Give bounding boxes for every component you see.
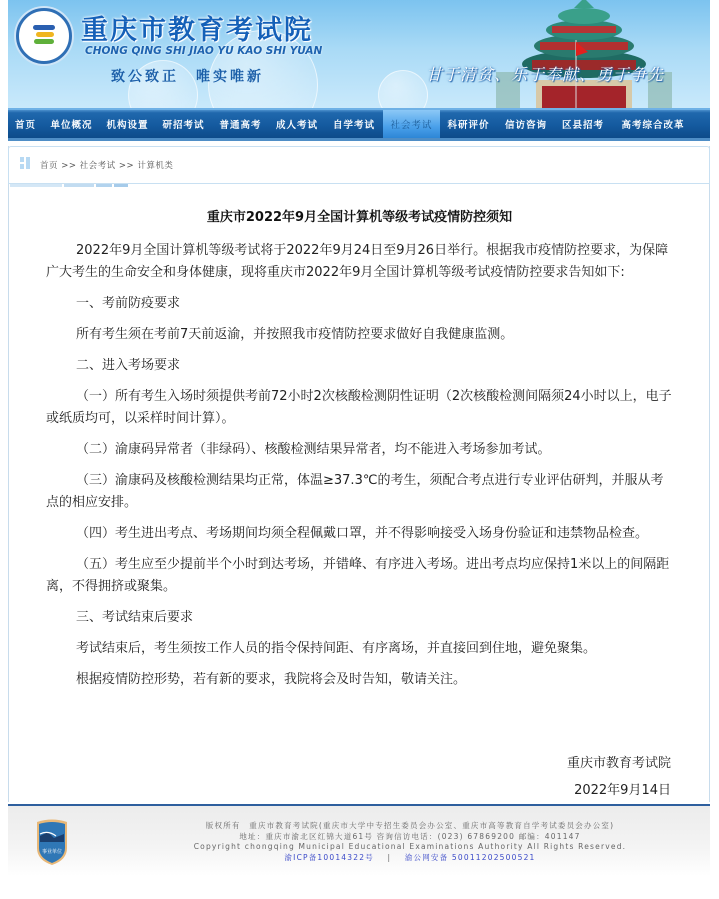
article-paragraph: 考试结束后，考生须按工作人员的指令保持间距、有序离场，并直接回到住地，避免聚集。 [46, 638, 676, 660]
nav-item-about[interactable]: 单位概况 [43, 110, 100, 138]
breadcrumb-separator: >> [61, 161, 76, 171]
section-heading-3: 三、考试结束后要求 [46, 607, 676, 629]
icp-link[interactable]: 渝ICP备10014322号 [284, 853, 373, 862]
article-paragraph: （五）考生应至少提前半个小时到达考场，并错峰、有序进入考场。进出考点均应保持1米… [46, 554, 676, 598]
article-date: 2022年9月14日 [574, 779, 671, 798]
breadcrumb-social-exam[interactable]: 社会考试 [80, 161, 116, 171]
nav-item-self-study-exam[interactable]: 自学考试 [325, 110, 383, 138]
nav-item-adult-exam[interactable]: 成人考试 [269, 110, 325, 138]
site-title[interactable]: 重庆市教育考试院 [81, 8, 313, 47]
article-title: 重庆市2022年9月全国计算机等级考试疫情防控须知 [0, 206, 719, 225]
article-paragraph: （二）渝康码异常者（非绿码）、核酸检测结果异常者，均不能进入考场参加考试。 [46, 439, 676, 461]
article-paragraph: 所有考生须在考前7天前返渝，并按照我市疫情防控要求做好自我健康监测。 [46, 324, 676, 346]
article-paragraph-closing: 根据疫情防控形势，若有新的要求，我院将会及时告知，敬请关注。 [46, 669, 676, 691]
nav-item-organization[interactable]: 机构设置 [100, 110, 155, 138]
breadcrumb-home[interactable]: 首页 [40, 161, 58, 171]
breadcrumb-computer[interactable]: 计算机类 [137, 161, 173, 171]
site-motto: 致公致正 唯实唯新 [111, 66, 264, 86]
public-institution-badge-icon[interactable]: 事业单位 [34, 818, 70, 866]
police-record-link[interactable]: 渝公网安备 50011202500521 [405, 853, 536, 862]
footer-links: 渝ICP备10014322号 | 渝公网安备 50011202500521 [150, 853, 670, 864]
article-paragraph: （一）所有考生入场时须提供考前72小时2次核酸检测阴性证明（2次核酸检测间隔须2… [46, 386, 676, 430]
main-nav: 首页 单位概况 机构设置 研招考试 普通高考 成人考试 自学考试 社会考试 科研… [8, 108, 710, 141]
nav-item-gaokao[interactable]: 普通高考 [212, 110, 269, 138]
site-banner: 重庆市教育考试院 CHONG QING SHI JIAO YU KAO SHI … [8, 0, 710, 108]
institute-logo-icon[interactable] [16, 8, 72, 64]
article-body: 2022年9月全国计算机等级考试将于2022年9月24日至9月26日举行。根据我… [46, 240, 676, 700]
nav-item-gaokao-reform[interactable]: 高考综合改革 [611, 110, 695, 138]
article-paragraph-intro: 2022年9月全国计算机等级考试将于2022年9月24日至9月26日举行。根据我… [46, 240, 676, 284]
site-pinyin: CHONG QING SHI JIAO YU KAO SHI YUAN [85, 45, 322, 57]
section-heading-2: 二、进入考场要求 [46, 355, 676, 377]
breadcrumb-decor-bar [10, 184, 130, 187]
footer-link-separator: | [388, 853, 392, 862]
great-hall-image [496, 0, 672, 108]
nav-item-home[interactable]: 首页 [8, 110, 43, 138]
nav-item-research[interactable]: 科研评价 [440, 110, 497, 138]
nav-item-district[interactable]: 区县招考 [555, 110, 611, 138]
article-paragraph: （四）考生进出考点、考场期间均须全程佩戴口罩，并不得影响接受入场身份验证和违禁物… [46, 523, 676, 545]
nav-item-social-exam[interactable]: 社会考试 [383, 110, 440, 138]
footer-english-copyright: Copyright chongqing Municipal Educationa… [150, 842, 670, 853]
nav-item-graduate-exam[interactable]: 研招考试 [155, 110, 212, 138]
footer-address: 地址：重庆市渝北区红锦大道61号 咨询信访电话：(023) 67869200 邮… [150, 832, 670, 843]
footer-copyright: 版权所有 重庆市教育考试院(重庆市大学中专招生委员会办公室、重庆市高等教育自学考… [150, 821, 670, 832]
nav-item-petition[interactable]: 信访咨询 [497, 110, 555, 138]
banner-slogan: 甘于清贫、乐于奉献、勇于争先 [426, 62, 664, 85]
decorative-bubble [378, 70, 428, 108]
article-signature: 重庆市教育考试院 [567, 752, 671, 771]
article-paragraph: （三）渝康码及核酸检测结果均正常，体温≥37.3℃的考生，须配合考点进行专业评估… [46, 470, 676, 514]
breadcrumb: 首页 >> 社会考试 >> 计算机类 [40, 159, 173, 171]
svg-text:事业单位: 事业单位 [42, 848, 62, 855]
breadcrumb-separator: >> [119, 161, 134, 171]
location-icon [20, 157, 30, 169]
footer-info: 版权所有 重庆市教育考试院(重庆市大学中专招生委员会办公室、重庆市高等教育自学考… [150, 821, 670, 863]
section-heading-1: 一、考前防疫要求 [46, 293, 676, 315]
